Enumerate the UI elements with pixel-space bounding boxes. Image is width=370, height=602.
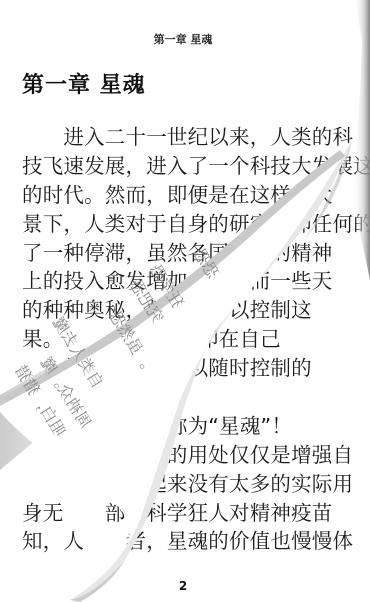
text-line: 进入二十一世纪以来，人类的科 <box>22 123 352 152</box>
text-line: 的种种奥秘，却没 可以控制这 <box>22 296 352 325</box>
text-line: 上的投入愈发增加，但 而一些天 <box>22 267 352 296</box>
text-line: 的时代。然而，即便是在这样的大 <box>22 181 352 210</box>
text-line: 掘 <box>22 383 352 412</box>
text-line: 起来没有太多的实际用 <box>22 470 352 499</box>
text-line: 了一种停滞，虽然各国每一的精神 <box>22 239 352 268</box>
text-line: 称为“星魂”！ <box>22 412 352 441</box>
text-line: 就 可以随时控制的 <box>22 354 352 383</box>
text-line: 果。 其封印在自己 <box>22 325 352 354</box>
running-header: 第一章 星魂 <box>0 31 366 47</box>
text-line: 知，人 者，星魂的价值也慢慢体 <box>22 527 352 556</box>
text-line: 景下，人类对于自身的研究，却任何的 <box>22 210 352 239</box>
text-line: 的用处仅仅是增强自 <box>22 441 352 470</box>
body-text: 进入二十一世纪以来，人类的科 技飞速发展，进入了一个科技大发展这 的时代。然而，… <box>22 123 352 556</box>
reader-page[interactable]: 第一章 星魂 第一章 星魂 进入二十一世纪以来，人类的科 技飞速发展，进入了一个… <box>0 0 370 602</box>
text-line: 身无 部位科学狂人对精神疫苗 <box>22 499 352 528</box>
chapter-title: 第一章 星魂 <box>22 68 146 99</box>
text-line: 技飞速发展，进入了一个科技大发展这 <box>22 152 352 181</box>
page-number: 2 <box>0 579 366 593</box>
